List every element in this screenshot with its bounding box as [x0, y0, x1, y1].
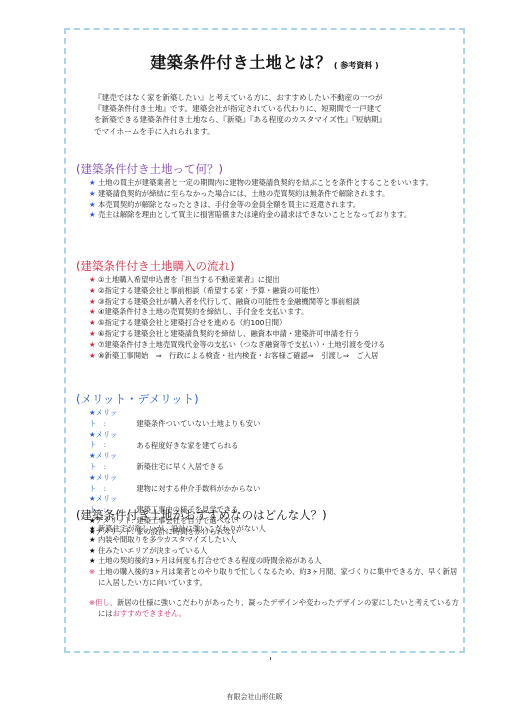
star-icon: ★: [89, 524, 98, 535]
star-icon: ★: [89, 351, 98, 362]
flow-list: ★①土地購入希望申込書を『担当する不動産業者』に提出 ★②指定する建築会社と事前…: [76, 275, 461, 361]
star-icon: ★: [89, 340, 98, 351]
merit-tag: ★メリット :: [89, 473, 134, 495]
section-heading: (建築条件付き土地購入の流れ): [76, 259, 461, 273]
star-icon: ★: [89, 329, 98, 340]
star-icon: ★: [89, 200, 98, 211]
section-purchase-flow: (建築条件付き土地購入の流れ) ★①土地購入希望申込書を『担当する不動産業者』に…: [76, 259, 461, 361]
star-icon: ★: [89, 297, 98, 308]
star-icon: ★: [89, 286, 98, 297]
section-heading: (建築条件付き土地って何？): [76, 162, 461, 176]
intro-line: でマイホームを手に入れられます。: [94, 126, 434, 137]
flow-step: ★⑦建築条件付き土地売買残代金等の支払い（つなぎ融資等で支払い）・土地引渡を受け…: [89, 340, 461, 351]
flow-step: ★⑧新築工事開始 ⇒ 行政による検査・社内検査・お客様ご確認⇒ 引渡し⇒ ご入居: [89, 351, 461, 362]
list-item: ★売主は解除を理由として買主に損害賠償または違約金の請求はできないこととなってお…: [89, 210, 461, 221]
list-item: ★土地の買主が建築業者と一定の期間内に建物の建築請負契約を結ぶことを条件とするこ…: [89, 178, 461, 189]
note-mark-icon: ※: [89, 567, 98, 578]
flow-step: ★②指定する建築会社と事前相談（希望する家・予算・融資の可能性）: [89, 286, 461, 297]
star-icon: ★: [89, 318, 98, 329]
stray-mark: [270, 657, 271, 660]
intro-line: を新築できる建築条件付き土地なら、『新築』『ある程度のカスタマイズ性』『短納期』: [94, 114, 434, 125]
star-icon: ★: [89, 189, 98, 200]
caution-lead: ※但し、: [89, 598, 117, 607]
section-recommended-for: (建築条件付き土地がおすすめなのはどんな人？) ★新築住宅が欲しいが、設計に強い…: [76, 508, 461, 619]
flow-step: ★④建築条件付き土地の売買契約を締結し、手付金を支払います。: [89, 307, 461, 318]
merit-tag: ★メリット :: [89, 451, 134, 473]
flow-step: ★①土地購入希望申込書を『担当する不動産業者』に提出: [89, 275, 461, 286]
intro-paragraph: 『建売ではなく家を新築したい』と考えている方に、おすすめしたい不動産の一つが 『…: [94, 92, 434, 137]
page-title: 建築条件付き土地とは？( 参考資料 ): [66, 50, 463, 73]
company-name: 有限会社山形住販: [0, 692, 509, 702]
caution-note: ※但し、新居の仕様に強いこだわりがあったり、凝ったデザインや変わったデザインの家…: [76, 598, 461, 620]
flow-step: ★⑤指定する建築会社と建築打合せを進める（約100日間）: [89, 318, 461, 329]
document-frame: 建築条件付き土地とは？( 参考資料 ) 『建売ではなく家を新築したい』と考えてい…: [64, 28, 465, 653]
recommend-list: ★新築住宅が欲しいが、設計に強いこだわりがない人 ★内装や間取りを多少カスタマイ…: [76, 524, 461, 589]
title-main: 建築条件付き土地とは？: [150, 53, 332, 72]
section-what-is: (建築条件付き土地って何？) ★土地の買主が建築業者と一定の期間内に建物の建築請…: [76, 162, 461, 221]
star-icon: ★: [89, 210, 98, 221]
title-subtitle: ( 参考資料 ): [334, 61, 379, 70]
note-item: ※土地の購入後約3ヶ月は業者とのやり取りで忙しくなるため、約3ヶ月間、家づくりに…: [89, 567, 461, 589]
intro-line: 『建売ではなく家を新築したい』と考えている方に、おすすめしたい不動産の一つが: [94, 92, 434, 103]
star-icon: ★: [89, 178, 98, 189]
star-icon: ★: [89, 556, 98, 567]
merit-tag: ★メリット :: [89, 430, 134, 452]
list-item: ★土地の契約後約3ヶ月は何度も打合せできる程度の時間余裕がある人: [89, 556, 461, 567]
star-icon: ★: [89, 535, 98, 546]
section-heading: (建築条件付き土地がおすすめなのはどんな人？): [76, 508, 461, 522]
intro-line: 『建築条件付き土地』です。建築会社が指定されている代わりに、短期間で一戸建て: [94, 103, 434, 114]
flow-step: ★③指定する建築会社が購入者を代行して、融資の可能性を金融機関等と事前相談: [89, 297, 461, 308]
merit-item: ★メリット : ある程度好きな家を建てられる: [89, 430, 461, 452]
list-item: ★建築請負契約が締結に至らなかった場合には、土地の売買契約は無条件で解除されます…: [89, 189, 461, 200]
star-icon: ★: [89, 307, 98, 318]
section-heading: (メリット・デメリット): [76, 392, 461, 406]
list-item: ★内装や間取りを多少カスタマイズしたい人: [89, 535, 461, 546]
flow-step: ★⑥指定する建築会社と建築請負契約を締結し、融資本申請・建築許可申請を行う: [89, 329, 461, 340]
star-icon: ★: [89, 546, 98, 557]
merit-item: ★メリット : 建物に対する仲介手数料がかからない: [89, 473, 461, 495]
list-item: ★新築住宅が欲しいが、設計に強いこだわりがない人: [89, 524, 461, 535]
list-item: ★本売買契約が解除となったときは、手付金等の金員全額を買主に返還されます。: [89, 200, 461, 211]
caution-emphasis: おすすめできません。: [113, 609, 186, 618]
merit-item: ★メリット : 新築住宅に早く入居できる: [89, 451, 461, 473]
merit-item: ★メリット : 建築条件ついていない土地よりも安い: [89, 408, 461, 430]
what-list: ★土地の買主が建築業者と一定の期間内に建物の建築請負契約を結ぶことを条件とするこ…: [76, 178, 461, 221]
merit-tag: ★メリット :: [89, 408, 134, 430]
star-icon: ★: [89, 275, 98, 286]
list-item: ★住みたいエリアが決まっている人: [89, 546, 461, 557]
